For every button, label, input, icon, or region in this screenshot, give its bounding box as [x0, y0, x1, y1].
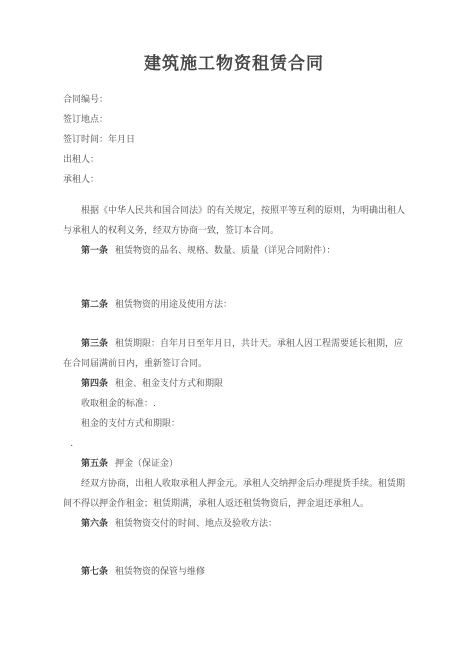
article-6-number: 第六条 [81, 519, 108, 529]
article-5-paragraph: 经双方协商，出租人收取承租人押金元。承租人交纳押金后办理提货手续。租赁期间不得以… [63, 474, 405, 514]
article-5-number: 第五条 [81, 459, 108, 469]
article-4-number: 第四条 [81, 379, 108, 389]
stray-dot-line: . [63, 434, 405, 454]
article-3: 第三条租赁期限：自年月日至年月日，共计天。承租人因工程需要延长租期，应在合同届满… [63, 334, 405, 374]
lessor-line: 出租人： [63, 150, 405, 170]
article-5: 第五条押金（保证金） [63, 454, 405, 474]
article-3-text: 租赁期限：自年月日至年月日，共计天。承租人因工程需要延长租期，应在合同届满前日内… [63, 339, 403, 369]
article-1-number: 第一条 [81, 246, 108, 256]
lessee-line: 承租人： [63, 170, 405, 190]
article-4-rent-standard-line: 收取租金的标准：. [63, 394, 405, 414]
signing-place-line: 签订地点： [63, 110, 405, 130]
article-7-text: 租赁物资的保管与维修 [115, 567, 205, 577]
article-4-text: 租金、租金支付方式和期限 [115, 379, 223, 389]
article-5-text: 押金（保证金） [115, 459, 178, 469]
article-2-text: 租赁物资的用途及使用方法： [115, 300, 232, 310]
contract-document-page: 建筑施工物资租赁合同 合同编号： 签订地点： 签订时间：年月日 出租人： 承租人… [0, 0, 463, 655]
article-3-number: 第三条 [81, 339, 108, 349]
article-4-payment-line: 租金的支付方式和期限： [63, 414, 405, 434]
article-6: 第六条租赁物资交付的时间、地点及验收方法： [63, 514, 405, 534]
preamble-paragraph: 根据《中华人民共和国合同法》的有关规定，按照平等互利的原则，为明确出租人与承租人… [63, 201, 405, 241]
article-2-number: 第二条 [81, 300, 108, 310]
article-1: 第一条租赁物资的品名、规格、数量、质量（详见合同附件）： [63, 241, 405, 261]
contract-number-line: 合同编号： [63, 90, 405, 110]
signing-date-line: 签订时间：年月日 [63, 130, 405, 150]
article-7: 第七条租赁物资的保管与维修 [63, 562, 405, 582]
article-1-text: 租赁物资的品名、规格、数量、质量（详见合同附件）： [115, 246, 336, 256]
article-6-text: 租赁物资交付的时间、地点及验收方法： [115, 519, 277, 529]
document-title: 建筑施工物资租赁合同 [63, 52, 405, 76]
meta-block: 合同编号： 签订地点： 签订时间：年月日 出租人： 承租人： [63, 90, 405, 190]
article-2: 第二条租赁物资的用途及使用方法： [63, 295, 405, 315]
article-7-number: 第七条 [81, 567, 108, 577]
article-4: 第四条租金、租金支付方式和期限 [63, 374, 405, 394]
